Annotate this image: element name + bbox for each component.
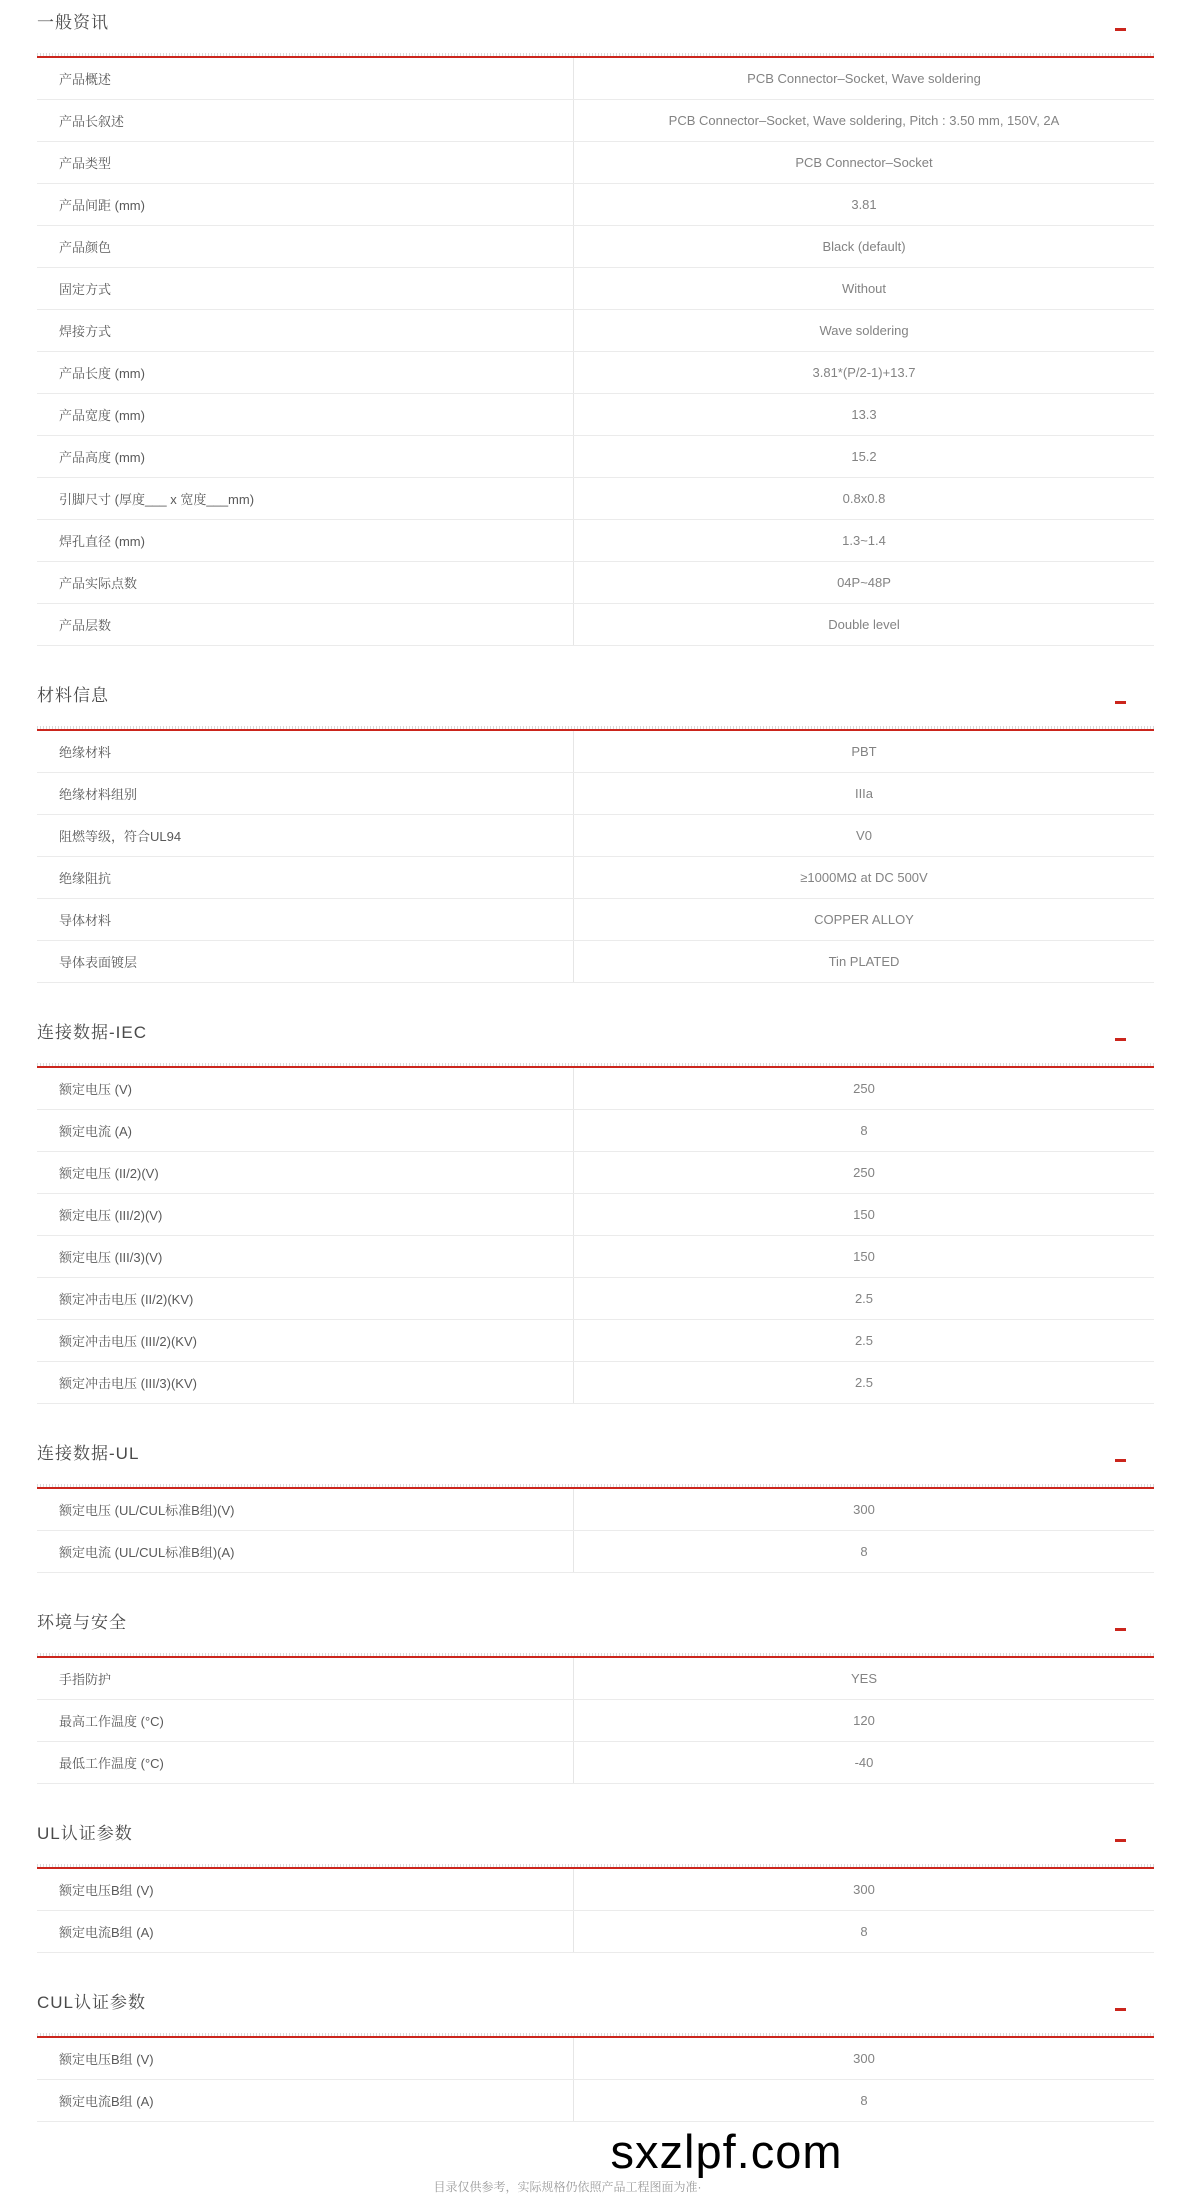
- spec-value: ≥1000MΩ at DC 500V: [573, 857, 1154, 898]
- minus-icon: [1115, 1839, 1126, 1842]
- spec-value: COPPER ALLOY: [573, 899, 1154, 940]
- section-title: 环境与安全: [37, 1611, 127, 1635]
- spec-value: Tin PLATED: [573, 941, 1154, 982]
- table-row: 额定冲击电压 (III/2)(KV) 2.5: [37, 1320, 1154, 1362]
- minus-icon: [1115, 1459, 1126, 1462]
- section-header: 连接数据-UL: [37, 1442, 1154, 1466]
- section-header: UL认证参数: [37, 1822, 1154, 1846]
- spec-label: 额定电压B组 (V): [37, 1869, 573, 1910]
- table-row: 导体材料 COPPER ALLOY: [37, 899, 1154, 941]
- spec-value: IIIa: [573, 773, 1154, 814]
- section-header: 连接数据-IEC: [37, 1021, 1154, 1045]
- spec-value: 3.81: [573, 184, 1154, 225]
- spec-label: 额定电压 (V): [37, 1068, 573, 1109]
- table-row: 产品宽度 (mm) 13.3: [37, 394, 1154, 436]
- spec-value: 3.81*(P/2-1)+13.7: [573, 352, 1154, 393]
- spec-label: 额定电压B组 (V): [37, 2038, 573, 2079]
- table-row: 绝缘阻抗 ≥1000MΩ at DC 500V: [37, 857, 1154, 899]
- spec-value: PCB Connector–Socket, Wave soldering: [573, 58, 1154, 99]
- spec-value: 8: [573, 1911, 1154, 1952]
- table-row: 产品类型 PCB Connector–Socket: [37, 142, 1154, 184]
- table-row: 固定方式 Without: [37, 268, 1154, 310]
- page-footer: sxzlpf.com 目录仅供参考，实际规格仍依照产品工程图面为准·: [37, 2126, 1154, 2194]
- section-collapse-button[interactable]: [1113, 2003, 1128, 2015]
- spec-label: 焊孔直径 (mm): [37, 520, 573, 561]
- spec-label: 产品颜色: [37, 226, 573, 267]
- spec-label: 额定电流 (UL/CUL标准B组)(A): [37, 1531, 573, 1572]
- table-row: 引脚尺寸 (厚度___ x 宽度___mm) 0.8x0.8: [37, 478, 1154, 520]
- spec-label: 额定电压 (III/2)(V): [37, 1194, 573, 1235]
- table-row: 额定电压 (III/2)(V) 150: [37, 1194, 1154, 1236]
- table-row: 额定电流B组 (A) 8: [37, 2080, 1154, 2122]
- table-row: 额定电流 (UL/CUL标准B组)(A) 8: [37, 1531, 1154, 1573]
- section-header: 环境与安全: [37, 1611, 1154, 1635]
- table-row: 阻燃等级，符合UL94 V0: [37, 815, 1154, 857]
- spec-value: 150: [573, 1236, 1154, 1277]
- spec-label: 产品类型: [37, 142, 573, 183]
- table-row: 产品高度 (mm) 15.2: [37, 436, 1154, 478]
- spec-section: 一般资讯 产品概述 PCB Connector–Socket, Wave sol…: [37, 11, 1154, 646]
- section-title: UL认证参数: [37, 1822, 133, 1846]
- spec-label: 产品间距 (mm): [37, 184, 573, 225]
- spec-value: 15.2: [573, 436, 1154, 477]
- spec-value: 8: [573, 1531, 1154, 1572]
- spec-label: 产品实际点数: [37, 562, 573, 603]
- table-row: 产品长叙述 PCB Connector–Socket, Wave solderi…: [37, 100, 1154, 142]
- spec-label: 导体材料: [37, 899, 573, 940]
- spec-section: 连接数据-UL 额定电压 (UL/CUL标准B组)(V) 300 额定电流 (U…: [37, 1442, 1154, 1573]
- spec-table: 额定电压B组 (V) 300 额定电流B组 (A) 8: [37, 1869, 1154, 1953]
- spec-value: 120: [573, 1700, 1154, 1741]
- spec-table: 绝缘材料 PBT 绝缘材料组别 IIIa 阻燃等级，符合UL94 V0 绝缘阻抗…: [37, 731, 1154, 983]
- table-row: 额定冲击电压 (III/3)(KV) 2.5: [37, 1362, 1154, 1404]
- spec-table: 手指防护 YES 最高工作温度 (°C) 120 最低工作温度 (°C) -40: [37, 1658, 1154, 1784]
- section-collapse-button[interactable]: [1113, 23, 1128, 35]
- spec-value: 250: [573, 1068, 1154, 1109]
- section-title: CUL认证参数: [37, 1991, 146, 2015]
- spec-value: V0: [573, 815, 1154, 856]
- table-row: 额定电压 (II/2)(V) 250: [37, 1152, 1154, 1194]
- spec-value: 2.5: [573, 1278, 1154, 1319]
- table-row: 产品长度 (mm) 3.81*(P/2-1)+13.7: [37, 352, 1154, 394]
- section-collapse-button[interactable]: [1113, 1834, 1128, 1846]
- spec-value: 300: [573, 2038, 1154, 2079]
- table-row: 绝缘材料组别 IIIa: [37, 773, 1154, 815]
- spec-label: 额定冲击电压 (III/3)(KV): [37, 1362, 573, 1403]
- spec-value: PCB Connector–Socket: [573, 142, 1154, 183]
- table-row: 额定电压B组 (V) 300: [37, 1869, 1154, 1911]
- spec-section: 连接数据-IEC 额定电压 (V) 250 额定电流 (A) 8 额定电压 (I…: [37, 1021, 1154, 1404]
- table-row: 焊接方式 Wave soldering: [37, 310, 1154, 352]
- section-title: 连接数据-UL: [37, 1442, 139, 1466]
- spec-table: 额定电压 (UL/CUL标准B组)(V) 300 额定电流 (UL/CUL标准B…: [37, 1489, 1154, 1573]
- spec-label: 最低工作温度 (°C): [37, 1742, 573, 1783]
- spec-label: 额定冲击电压 (II/2)(KV): [37, 1278, 573, 1319]
- section-header: 一般资讯: [37, 11, 1154, 35]
- spec-label: 额定电流B组 (A): [37, 1911, 573, 1952]
- spec-value: PCB Connector–Socket, Wave soldering, Pi…: [573, 100, 1154, 141]
- spec-label: 额定电压 (UL/CUL标准B组)(V): [37, 1489, 573, 1530]
- spec-label: 导体表面镀层: [37, 941, 573, 982]
- spec-label: 产品概述: [37, 58, 573, 99]
- table-row: 额定冲击电压 (II/2)(KV) 2.5: [37, 1278, 1154, 1320]
- spec-value: 300: [573, 1869, 1154, 1910]
- spec-label: 额定冲击电压 (III/2)(KV): [37, 1320, 573, 1361]
- spec-label: 额定电流B组 (A): [37, 2080, 573, 2121]
- spec-value: 13.3: [573, 394, 1154, 435]
- table-row: 产品层数 Double level: [37, 604, 1154, 646]
- spec-label: 产品层数: [37, 604, 573, 645]
- spec-value: YES: [573, 1658, 1154, 1699]
- section-header: 材料信息: [37, 684, 1154, 708]
- spec-value: PBT: [573, 731, 1154, 772]
- spec-value: Without: [573, 268, 1154, 309]
- table-row: 额定电压 (UL/CUL标准B组)(V) 300: [37, 1489, 1154, 1531]
- spec-value: 1.3~1.4: [573, 520, 1154, 561]
- spec-value: 8: [573, 1110, 1154, 1151]
- section-title: 连接数据-IEC: [37, 1021, 147, 1045]
- table-row: 手指防护 YES: [37, 1658, 1154, 1700]
- spec-table: 额定电压 (V) 250 额定电流 (A) 8 额定电压 (II/2)(V) 2…: [37, 1068, 1154, 1404]
- table-row: 额定电压 (V) 250: [37, 1068, 1154, 1110]
- spec-label: 额定电压 (II/2)(V): [37, 1152, 573, 1193]
- spec-label: 阻燃等级，符合UL94: [37, 815, 573, 856]
- spec-value: 8: [573, 2080, 1154, 2121]
- spec-value: Wave soldering: [573, 310, 1154, 351]
- spec-value: 2.5: [573, 1362, 1154, 1403]
- spec-label: 焊接方式: [37, 310, 573, 351]
- table-row: 产品颜色 Black (default): [37, 226, 1154, 268]
- spec-section: 材料信息 绝缘材料 PBT 绝缘材料组别 IIIa 阻燃等级，符合UL94 V0…: [37, 684, 1154, 983]
- section-collapse-button[interactable]: [1113, 1623, 1128, 1635]
- spec-value: 2.5: [573, 1320, 1154, 1361]
- spec-label: 额定电流 (A): [37, 1110, 573, 1151]
- spec-label: 引脚尺寸 (厚度___ x 宽度___mm): [37, 478, 573, 519]
- spec-label: 额定电压 (III/3)(V): [37, 1236, 573, 1277]
- table-row: 绝缘材料 PBT: [37, 731, 1154, 773]
- table-row: 额定电压 (III/3)(V) 150: [37, 1236, 1154, 1278]
- footer-note: 目录仅供参考，实际规格仍依照产品工程图面为准·: [9, 2180, 1126, 2194]
- spec-section: CUL认证参数 额定电压B组 (V) 300 额定电流B组 (A) 8: [37, 1991, 1154, 2122]
- spec-section: UL认证参数 额定电压B组 (V) 300 额定电流B组 (A) 8: [37, 1822, 1154, 1953]
- spec-value: -40: [573, 1742, 1154, 1783]
- minus-icon: [1115, 28, 1126, 31]
- spec-label: 绝缘材料组别: [37, 773, 573, 814]
- section-header: CUL认证参数: [37, 1991, 1154, 2015]
- table-row: 额定电流B组 (A) 8: [37, 1911, 1154, 1953]
- minus-icon: [1115, 2008, 1126, 2011]
- spec-label: 绝缘材料: [37, 731, 573, 772]
- table-row: 最低工作温度 (°C) -40: [37, 1742, 1154, 1784]
- spec-value: 150: [573, 1194, 1154, 1235]
- minus-icon: [1115, 1038, 1126, 1041]
- section-title: 材料信息: [37, 684, 109, 708]
- spec-label: 手指防护: [37, 1658, 573, 1699]
- table-row: 产品间距 (mm) 3.81: [37, 184, 1154, 226]
- table-row: 产品实际点数 04P~48P: [37, 562, 1154, 604]
- table-row: 额定电流 (A) 8: [37, 1110, 1154, 1152]
- spec-label: 产品长叙述: [37, 100, 573, 141]
- spec-value: 04P~48P: [573, 562, 1154, 603]
- table-row: 焊孔直径 (mm) 1.3~1.4: [37, 520, 1154, 562]
- minus-icon: [1115, 1628, 1126, 1631]
- section-title: 一般资讯: [37, 11, 109, 35]
- section-collapse-button[interactable]: [1113, 696, 1128, 708]
- spec-label: 产品宽度 (mm): [37, 394, 573, 435]
- spec-value: 0.8x0.8: [573, 478, 1154, 519]
- spec-table: 产品概述 PCB Connector–Socket, Wave solderin…: [37, 58, 1154, 646]
- spec-value: Black (default): [573, 226, 1154, 267]
- spec-label: 产品高度 (mm): [37, 436, 573, 477]
- table-row: 额定电压B组 (V) 300: [37, 2038, 1154, 2080]
- minus-icon: [1115, 701, 1126, 704]
- table-row: 导体表面镀层 Tin PLATED: [37, 941, 1154, 983]
- spec-value: Double level: [573, 604, 1154, 645]
- spec-table: 额定电压B组 (V) 300 额定电流B组 (A) 8: [37, 2038, 1154, 2122]
- spec-sections: 一般资讯 产品概述 PCB Connector–Socket, Wave sol…: [37, 11, 1154, 2122]
- spec-label: 产品长度 (mm): [37, 352, 573, 393]
- table-row: 产品概述 PCB Connector–Socket, Wave solderin…: [37, 58, 1154, 100]
- table-row: 最高工作温度 (°C) 120: [37, 1700, 1154, 1742]
- spec-page: 一般资讯 产品概述 PCB Connector–Socket, Wave sol…: [0, 0, 1202, 2194]
- spec-label: 最高工作温度 (°C): [37, 1700, 573, 1741]
- spec-label: 绝缘阻抗: [37, 857, 573, 898]
- section-collapse-button[interactable]: [1113, 1033, 1128, 1045]
- spec-section: 环境与安全 手指防护 YES 最高工作温度 (°C) 120 最低工作温度 (°…: [37, 1611, 1154, 1784]
- section-collapse-button[interactable]: [1113, 1454, 1128, 1466]
- spec-value: 300: [573, 1489, 1154, 1530]
- watermark: sxzlpf.com: [168, 2126, 1202, 2178]
- spec-label: 固定方式: [37, 268, 573, 309]
- spec-value: 250: [573, 1152, 1154, 1193]
